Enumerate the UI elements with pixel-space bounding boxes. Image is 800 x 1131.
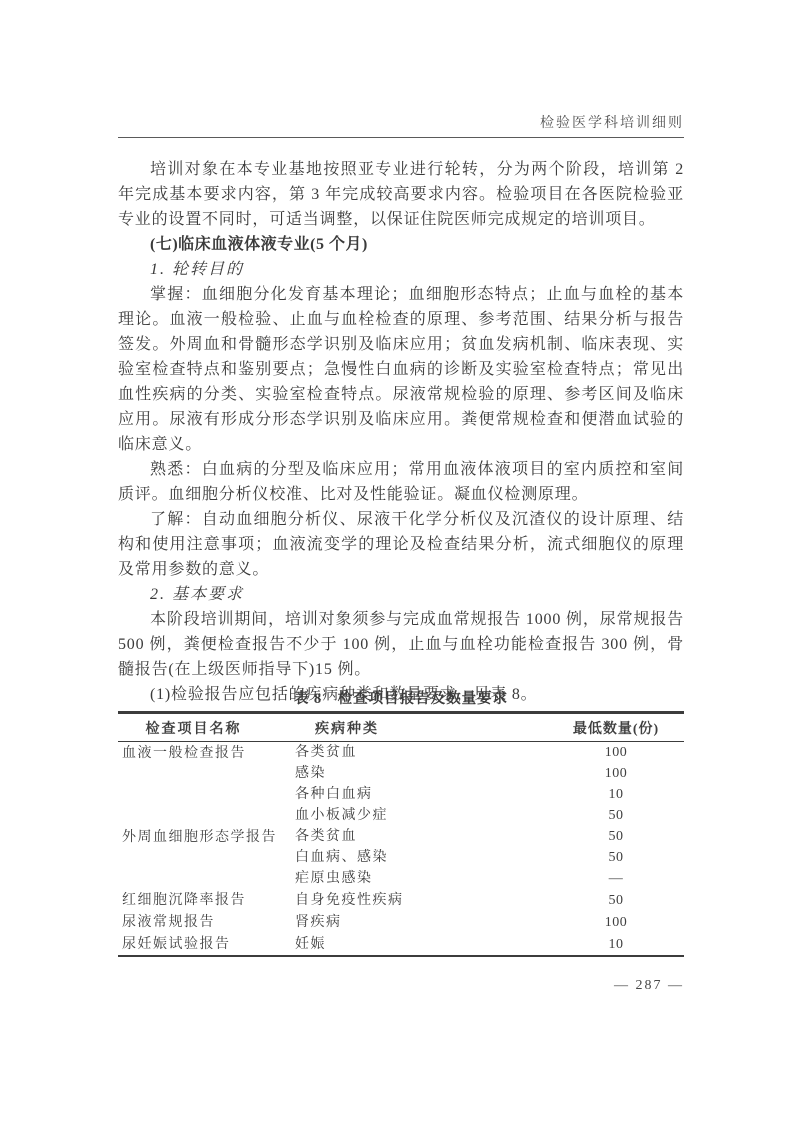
min-count-cell: 100 [548,911,684,933]
table-caption: 表 8 检查项目报告及数量要求 [118,687,684,708]
table-header-row: 检查项目名称 疾病种类 最低数量(份) [118,713,684,742]
paragraph: 培训对象在本专业基地按照亚专业进行轮转，分为两个阶段，培训第 2 年完成基本要求… [118,157,684,232]
min-count-cell: 50 [548,805,684,826]
disease-cell: 感染 [295,763,548,784]
page-footer: — 287 — [118,978,694,994]
paragraph: 掌握：血细胞分化发育基本理论；血细胞形态特点；止血与血栓的基本理论。血液一般检验… [118,282,684,457]
numbered-heading: 2. 基本要求 [118,582,684,607]
column-header-item-name: 检查项目名称 [118,713,295,742]
min-count-cell: 50 [548,826,684,847]
section-heading: (七)临床血液体液专业(5 个月) [118,232,684,257]
document-page: 检验医学科培训细则 培训对象在本专业基地按照亚专业进行轮转，分为两个阶段，培训第… [0,0,800,1131]
body-text: 培训对象在本专业基地按照亚专业进行轮转，分为两个阶段，培训第 2 年完成基本要求… [118,157,684,707]
running-title: 检验医学科培训细则 [540,116,684,131]
table-row: 红细胞沉降率报告自身免疫性疾病50 [118,889,684,911]
min-count-cell: 10 [548,933,684,956]
table-row: 尿妊娠试验报告妊娠10 [118,933,684,956]
disease-cell: 各类贫血 [295,826,548,847]
min-count-cell: 100 [548,742,684,764]
table-row: 外周血细胞形态学报告各类贫血50 [118,826,684,847]
page-number: — 287 — [614,978,684,993]
min-count-cell: — [548,868,684,889]
table-row: 血液一般检查报告各类贫血100 [118,742,684,764]
header-rule [118,137,684,138]
report-type-cell: 外周血细胞形态学报告 [118,826,295,889]
requirements-table: 检查项目名称 疾病种类 最低数量(份) 血液一般检查报告各类贫血100感染100… [118,711,684,957]
column-header-disease: 疾病种类 [295,713,548,742]
min-count-cell: 100 [548,763,684,784]
table-body: 血液一般检查报告各类贫血100感染100各种白血病10血小板减少症50外周血细胞… [118,742,684,957]
report-type-cell: 红细胞沉降率报告 [118,889,295,911]
table-row: 尿液常规报告肾疾病100 [118,911,684,933]
page-header: 检验医学科培训细则 [118,112,684,132]
paragraph: 本阶段培训期间，培训对象须参与完成血常规报告 1000 例，尿常规报告 500 … [118,607,684,682]
disease-cell: 自身免疫性疾病 [295,889,548,911]
disease-cell: 肾疾病 [295,911,548,933]
disease-cell: 疟原虫感染 [295,868,548,889]
paragraph: 了解：自动血细胞分析仪、尿液干化学分析仪及沉渣仪的设计原理、结构和使用注意事项；… [118,507,684,582]
report-type-cell: 尿妊娠试验报告 [118,933,295,956]
report-type-cell: 血液一般检查报告 [118,742,295,827]
numbered-heading: 1. 轮转目的 [118,257,684,282]
disease-cell: 白血病、感染 [295,847,548,868]
column-header-min-count: 最低数量(份) [548,713,684,742]
report-type-cell: 尿液常规报告 [118,911,295,933]
table-header: 检查项目名称 疾病种类 最低数量(份) [118,713,684,742]
disease-cell: 妊娠 [295,933,548,956]
paragraph: 熟悉：白血病的分型及临床应用；常用血液体液项目的室内质控和室间质评。血细胞分析仪… [118,457,684,507]
min-count-cell: 50 [548,847,684,868]
disease-cell: 各种白血病 [295,784,548,805]
disease-cell: 血小板减少症 [295,805,548,826]
disease-cell: 各类贫血 [295,742,548,764]
min-count-cell: 10 [548,784,684,805]
min-count-cell: 50 [548,889,684,911]
